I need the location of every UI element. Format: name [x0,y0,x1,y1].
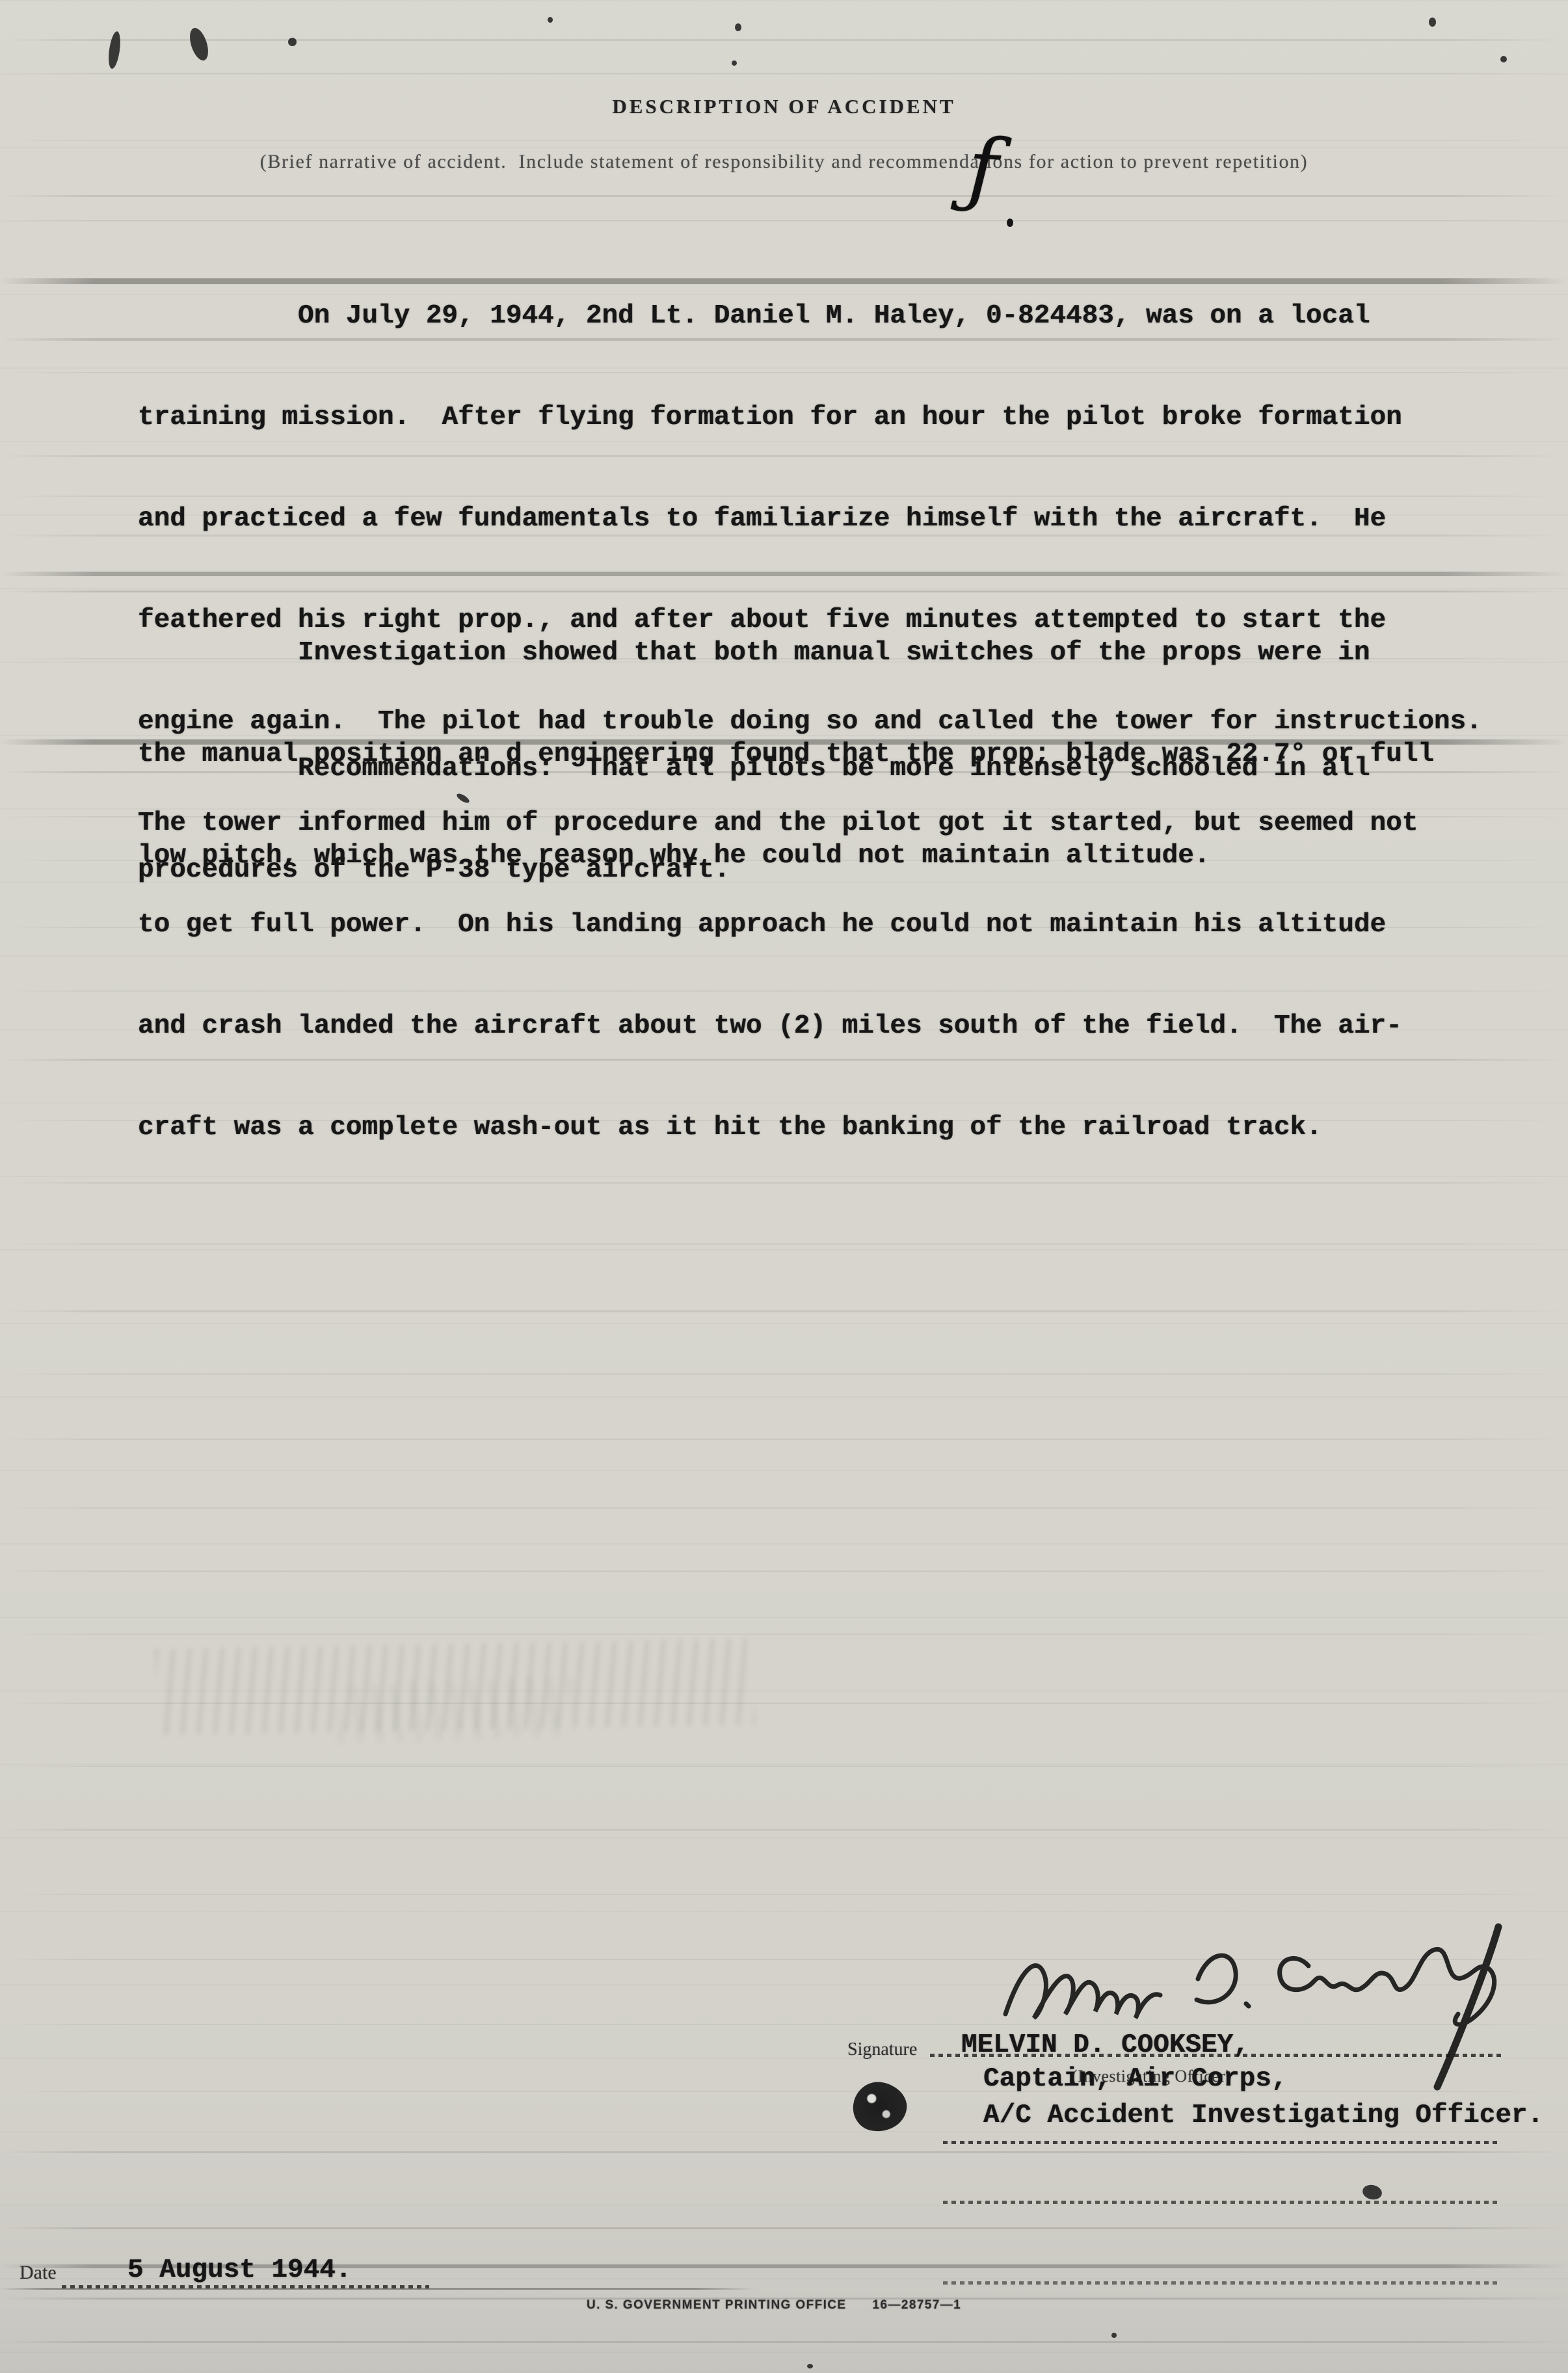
scan-artifact-line [0,73,1568,74]
ink-speck [807,2364,813,2368]
ink-blot [849,2078,910,2136]
scan-artifact-line [0,1438,1568,1440]
ink-speck [107,31,122,70]
signature-rule [943,2141,1500,2144]
date-label: Date [20,2262,57,2284]
handwritten-signature [1002,1915,1535,2097]
ink-speck [1429,18,1436,27]
scan-artifact-line [0,1634,1568,1635]
signature-rule [943,2201,1500,2204]
ink-speck [1500,56,1507,62]
ink-speck [548,17,553,23]
ink-speck [732,60,737,66]
bleed-through-smudge [338,1677,574,1744]
narrative-line: and practiced a few fundamentals to fami… [138,502,1530,536]
scan-artifact-line [0,2151,1568,2153]
scan-artifact-line [0,39,1568,41]
scan-artifact-line [0,1243,1568,1245]
signature-rule [943,2281,1500,2285]
ink-speck [187,26,212,63]
signature-label: Signature [847,2039,917,2060]
ink-speck [735,23,741,31]
scan-artifact-line [0,1766,1568,1767]
narrative-line: craft was a complete wash-out as it hit … [138,1111,1530,1145]
scan-artifact-line [0,1894,1568,1895]
narrative-line: Recommendations: That all pilots be more… [138,752,1530,786]
scan-artifact-line [0,1703,1568,1704]
narrative-line: Investigation showed that both manual sw… [138,636,1530,670]
scan-artifact-line [0,2341,1568,2343]
narrative-line: training mission. After flying formation… [138,401,1530,434]
date-rule [62,2285,429,2288]
bleed-through-smudge [155,1639,755,1735]
stray-ink-dot [1007,219,1013,227]
narrative-line: On July 29, 1944, 2nd Lt. Daniel M. Hale… [138,299,1530,333]
scan-artifact-line [0,1829,1568,1831]
scan-artifact-line [0,2227,1568,2229]
scan-artifact-line [0,140,1568,141]
footer-imprint: U. S. GOVERNMENT PRINTING OFFICE 16—2875… [587,2298,961,2313]
scan-artifact-line [0,220,1568,221]
narrative-line: and crash landed the aircraft about two … [138,1009,1530,1043]
form-instruction-text: (Brief narrative of accident. Include st… [260,151,1309,173]
scan-artifact-line [0,195,1568,197]
signature-role-line: A/C Accident Investigating Officer. [983,2101,1543,2130]
ink-speck [288,38,297,46]
scanned-accident-report-page: DESCRIPTION OF ACCIDENT (Brief narrative… [0,0,1568,2373]
page-title: DESCRIPTION OF ACCIDENT [612,95,955,118]
date-value: 5 August 1944. [127,2255,351,2285]
scan-artifact-line [0,1373,1568,1375]
stray-ink-mark: ƒ [965,120,1000,217]
narrative-paragraph-3: Recommendations: That all pilots be more… [138,684,1530,955]
ink-speck [1361,2183,1383,2201]
scan-artifact-line [0,1571,1568,1572]
scan-artifact-line [0,1507,1568,1509]
narrative-line: procedures of the P-38 type aircraft. [138,853,1530,887]
scan-artifact-line [0,1310,1568,1312]
ink-speck [1111,2333,1117,2338]
